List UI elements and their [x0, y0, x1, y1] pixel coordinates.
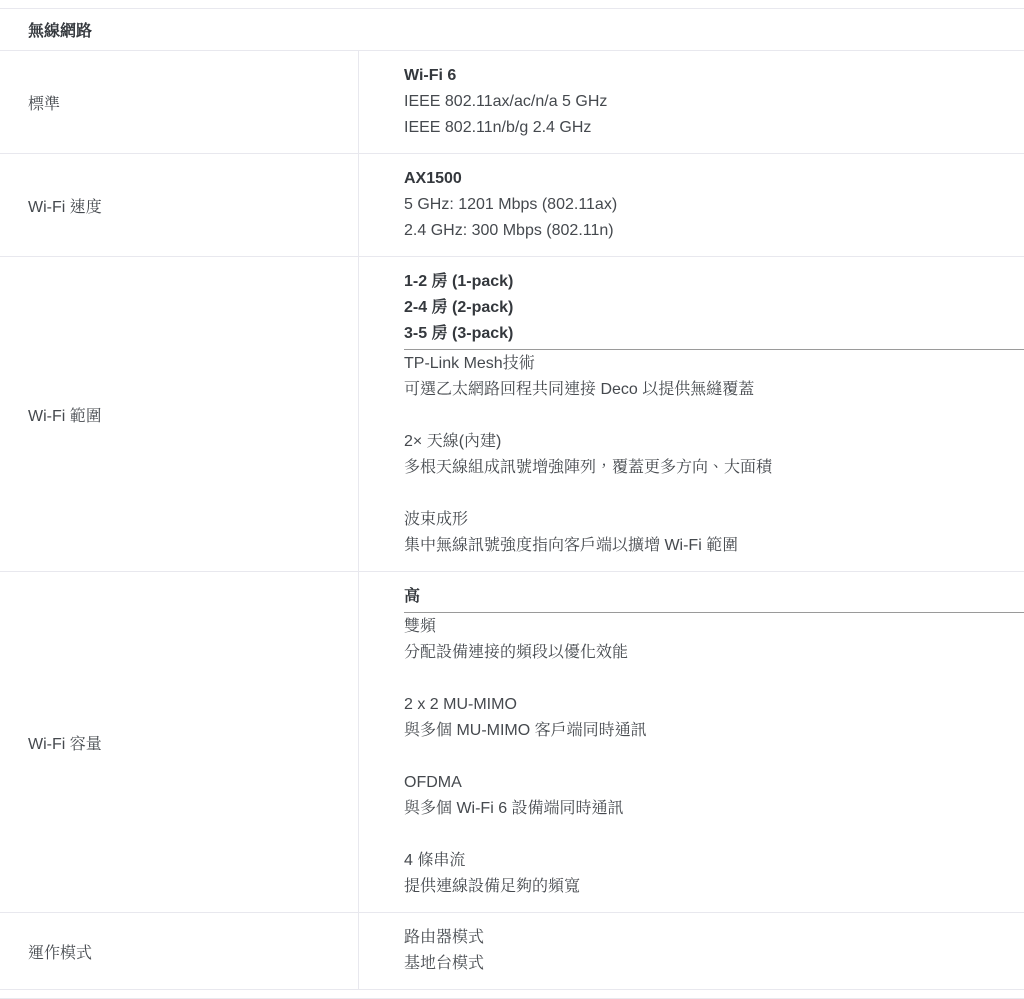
- spec-row-label: 運作模式: [0, 913, 358, 989]
- value-inner-rule: [404, 612, 1024, 613]
- spec-value-line: 基地台模式: [404, 951, 1024, 977]
- spec-value-line: 波束成形: [404, 507, 1024, 533]
- spec-value-line: 與多個 Wi-Fi 6 設備端同時通訊: [404, 796, 1024, 822]
- value-spacer: [404, 481, 1024, 507]
- spec-value-line: 路由器模式: [404, 925, 1024, 951]
- spec-value-line: OFDMA: [404, 770, 1024, 796]
- spec-value-line: 分配設備連接的頻段以優化效能: [404, 640, 1024, 666]
- spec-value-line: IEEE 802.11n/b/g 2.4 GHz: [404, 115, 1024, 141]
- spec-row-label: Wi-Fi 範圍: [0, 257, 358, 571]
- spec-value-line: 5 GHz: 1201 Mbps (802.11ax): [404, 192, 1024, 218]
- spec-value-line: AX1500: [404, 166, 1024, 192]
- spec-value-line: IEEE 802.11ax/ac/n/a 5 GHz: [404, 89, 1024, 115]
- spec-row: 標準 Wi-Fi 6IEEE 802.11ax/ac/n/a 5 GHzIEEE…: [0, 51, 1024, 154]
- spec-page: 無線網路 標準 Wi-Fi 6IEEE 802.11ax/ac/n/a 5 GH…: [0, 0, 1024, 999]
- spec-value-line: TP-Link Mesh技術: [404, 351, 1024, 377]
- section-header: 無線網路: [0, 8, 1024, 51]
- spec-row: Wi-Fi 範圍 1-2 房 (1-pack)2-4 房 (2-pack)3-5…: [0, 257, 1024, 572]
- spec-value-line: 2 x 2 MU-MIMO: [404, 692, 1024, 718]
- spec-row-value: AX15005 GHz: 1201 Mbps (802.11ax)2.4 GHz…: [358, 154, 1024, 256]
- spec-row-value: Wi-Fi 6IEEE 802.11ax/ac/n/a 5 GHzIEEE 80…: [358, 51, 1024, 153]
- spec-value-line: 1-2 房 (1-pack): [404, 269, 1024, 295]
- spec-row-value: 高雙頻分配設備連接的頻段以優化效能2 x 2 MU-MIMO與多個 MU-MIM…: [358, 572, 1024, 912]
- spec-table: 標準 Wi-Fi 6IEEE 802.11ax/ac/n/a 5 GHzIEEE…: [0, 51, 1024, 990]
- spec-value-line: 多根天線組成訊號增強陣列，覆蓋更多方向、大面積: [404, 455, 1024, 481]
- spec-value-line: 4 條串流: [404, 848, 1024, 874]
- spec-value-line: 集中無線訊號強度指向客戶端以擴增 Wi-Fi 範圍: [404, 533, 1024, 559]
- spec-row-label: 標準: [0, 51, 358, 153]
- value-spacer: [404, 822, 1024, 848]
- spec-value-line: Wi-Fi 6: [404, 63, 1024, 89]
- spec-value-line: 2-4 房 (2-pack): [404, 295, 1024, 321]
- spec-value-line: 與多個 MU-MIMO 客戶端同時通訊: [404, 718, 1024, 744]
- spec-row-value: 路由器模式基地台模式: [358, 913, 1024, 989]
- spec-value-line: 提供連線設備足夠的頻寬: [404, 874, 1024, 900]
- spec-row-value: 1-2 房 (1-pack)2-4 房 (2-pack)3-5 房 (3-pac…: [358, 257, 1024, 571]
- spec-row: Wi-Fi 速度 AX15005 GHz: 1201 Mbps (802.11a…: [0, 154, 1024, 257]
- spec-row: 運作模式 路由器模式基地台模式: [0, 913, 1024, 990]
- value-spacer: [404, 403, 1024, 429]
- spec-row: Wi-Fi 容量 高雙頻分配設備連接的頻段以優化效能2 x 2 MU-MIMO與…: [0, 572, 1024, 913]
- value-spacer: [404, 744, 1024, 770]
- spec-row-label: Wi-Fi 速度: [0, 154, 358, 256]
- spec-row-label: Wi-Fi 容量: [0, 572, 358, 912]
- spec-value-line: 2× 天線(內建): [404, 429, 1024, 455]
- spec-value-line: 2.4 GHz: 300 Mbps (802.11n): [404, 218, 1024, 244]
- section-title: 無線網路: [28, 18, 92, 41]
- spec-value-line: 可選乙太網路回程共同連接 Deco 以提供無縫覆蓋: [404, 377, 1024, 403]
- value-spacer: [404, 666, 1024, 692]
- spec-value-line: 高: [404, 584, 1024, 610]
- spec-value-line: 雙頻: [404, 614, 1024, 640]
- spec-value-line: 3-5 房 (3-pack): [404, 321, 1024, 347]
- value-inner-rule: [404, 349, 1024, 350]
